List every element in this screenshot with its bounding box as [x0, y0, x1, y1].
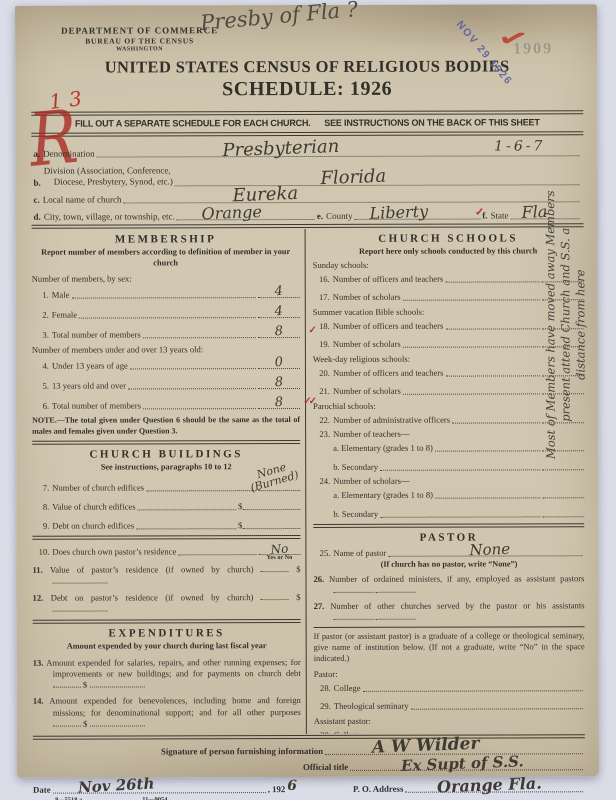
- question-label: Debt on church edifices: [52, 521, 134, 531]
- form-codes: 8—5518 a 11—9054: [55, 795, 585, 800]
- q25-hint: (If church has no pastor, write “None”): [313, 559, 584, 569]
- dotted-line: Orange Fla.: [405, 784, 583, 792]
- banner-text: SEE INSTRUCTIONS ON THE BACK OF THIS SHE…: [324, 117, 539, 128]
- field-local-name: c. Local name of church Eureka: [33, 193, 581, 204]
- question-number: 5.: [32, 381, 49, 391]
- q29-row: 29. Theological seminary: [314, 701, 585, 712]
- q8-value-row: 8. Value of church edifices $: [32, 501, 300, 512]
- identity-section: a. Denomination Presbyterian 1-6-7 b. Di…: [31, 136, 583, 223]
- dotted-line: [380, 462, 540, 470]
- membership-note: NOTE.—The total given under Question 6 s…: [32, 415, 300, 436]
- dotted-line: [446, 368, 540, 376]
- q3-total-row: 3. Total number of members 8 ✓: [32, 329, 300, 340]
- q9-debt-row: 9. Debt on church edifices $: [32, 520, 300, 531]
- photo-background: Presby of Fla ? 1909 NOV 29 1926 ✓ 13 R …: [0, 0, 616, 800]
- date-value: Nov 26th: [78, 774, 155, 796]
- date-label: Date: [33, 785, 51, 795]
- divider: [314, 627, 585, 629]
- question-label: Number of other churches served by the p…: [330, 600, 584, 611]
- year-prefix: , 192: [268, 784, 286, 794]
- question-label: Total number of members: [52, 401, 141, 411]
- question-number: 29.: [314, 701, 331, 711]
- answer-blank: [542, 321, 584, 329]
- question-label: Female: [52, 310, 77, 320]
- question-number: 17.: [313, 292, 330, 302]
- q3-value: 8: [274, 324, 283, 340]
- dotted-line: [403, 292, 540, 300]
- dotted-line: [143, 330, 256, 338]
- question-number: 4.: [32, 361, 49, 371]
- question-number: 27.: [314, 601, 325, 611]
- dotted-line: A W Wilder: [325, 746, 583, 755]
- divider: [32, 440, 300, 445]
- q25-row: 25. Name of pastor None: [313, 547, 584, 558]
- dotted-line: [79, 310, 256, 318]
- field-label: Division (Association, Conference, Dioce…: [44, 165, 173, 187]
- answer-blank: [542, 509, 584, 517]
- dotted-line: [403, 386, 540, 394]
- question-label: Value of church edifices: [52, 502, 135, 512]
- question-number: 22.: [313, 415, 330, 425]
- answer-blank: [89, 680, 144, 688]
- divider: [33, 734, 585, 740]
- instruction-banner: FILL OUT A SEPARATE SCHEDULE FOR EACH CH…: [37, 115, 578, 131]
- answer-blank: 4: [258, 310, 300, 318]
- expenditures-heading: EXPENDITURES: [33, 627, 301, 640]
- question-label: Number of scholars: [333, 338, 401, 348]
- field-prefix: e.: [317, 211, 323, 221]
- membership-heading: MEMBERSHIP: [32, 233, 300, 246]
- q24a-row: a. Elementary (grades 1 to 8): [313, 489, 584, 500]
- question-label: Debt on pastor’s residence (if owned by …: [51, 592, 254, 603]
- form-code: 11—9054: [142, 796, 167, 800]
- divider: [33, 619, 301, 624]
- dotted-line: Nov 26th: [53, 785, 266, 794]
- question-label: Amount expended for salaries, repairs, a…: [46, 657, 300, 679]
- q28-row: 28. College: [314, 683, 585, 694]
- question-number: 25.: [313, 548, 330, 558]
- question-label: Male: [52, 290, 70, 300]
- question-label: Number of church edifices: [52, 483, 144, 493]
- dotted-line: Presbyterian 1-6-7: [97, 148, 580, 157]
- answer-blank: [242, 502, 300, 510]
- answer-blank: [542, 386, 584, 394]
- question-number: 3.: [32, 330, 49, 340]
- official-title-value: Ex Supt of S.S.: [401, 752, 524, 775]
- dotted-line: [128, 381, 256, 389]
- question-label: Under 13 years of age: [52, 361, 128, 371]
- dotted-line: [411, 702, 583, 710]
- field-label: County: [326, 210, 353, 220]
- group-heading: Number of members under and over 13 year…: [32, 344, 300, 355]
- question-number: 21.: [313, 386, 330, 396]
- answer-blank: [542, 368, 584, 376]
- q27-row: 27. Number of other churches served by t…: [314, 600, 585, 623]
- field-label-line: Diocese, Presbytery, Synod, etc.): [44, 176, 173, 186]
- year-digit: 6: [287, 778, 297, 794]
- question-label: b. Secondary: [333, 508, 378, 518]
- question-label: Name of pastor: [333, 548, 386, 558]
- q18-row: 18. Number of officers and teachers: [313, 320, 584, 331]
- graduate-instructions: If pastor (or assistant pastor) is a gra…: [314, 632, 585, 665]
- question-label: Theological seminary: [334, 701, 409, 711]
- dollar-sign: $: [296, 564, 300, 574]
- date-address-row: Date Nov 26th , 192 6 P. O. Address Oran…: [33, 777, 585, 794]
- q25-value: None: [470, 540, 511, 560]
- q10-residence-row: 10. Does church own pastor’s residence N…: [32, 546, 300, 557]
- po-address-value: Orange Fla.: [437, 774, 542, 797]
- field-division: b. Division (Association, Conference, Di…: [33, 164, 581, 187]
- pencil-annotation: Presby of Fla ?: [199, 0, 359, 35]
- q5-value: 8: [274, 375, 283, 391]
- question-label: a. Elementary (grades 1 to 8): [333, 489, 433, 499]
- agency-letterhead: DEPARTMENT OF COMMERCE BUREAU OF THE CEN…: [61, 25, 218, 54]
- pastor-heading: PASTOR: [313, 531, 584, 544]
- answer-blank: [542, 415, 584, 423]
- left-column: MEMBERSHIP Report number of members acco…: [32, 229, 307, 735]
- field-denomination: a. Denomination Presbyterian 1-6-7: [33, 147, 581, 158]
- answer-blank: [542, 292, 584, 300]
- field-label: Denomination: [43, 149, 95, 159]
- signature-label: Signature of person furnishing informati…: [161, 746, 323, 756]
- red-checkmark: ✓: [475, 205, 484, 218]
- question-label: Total number of members: [52, 330, 141, 340]
- po-address-field: P. O. Address Orange Fla.: [353, 783, 585, 794]
- q6-total-row: 6. Total number of members 8 ✓✓: [32, 400, 300, 411]
- question-number: 6.: [32, 401, 49, 411]
- dotted-line: Liberty ✓: [355, 211, 481, 219]
- q7-edifices-row: 7. Number of church edifices None (Burne…: [32, 482, 300, 493]
- dotted-line: Ex Supt of S.S.: [350, 762, 583, 771]
- field-label-line: Division (Association, Conference,: [44, 165, 171, 175]
- question-number: 9.: [32, 521, 49, 531]
- field-label: State: [490, 210, 508, 220]
- question-label: Number of teachers—: [333, 428, 409, 438]
- dotted-line: [380, 509, 540, 517]
- group-heading: Assistant pastor:: [314, 716, 585, 727]
- question-label: Number of ordained ministers, if any, em…: [329, 573, 585, 584]
- answer-blank: [376, 585, 416, 593]
- banner-text: FILL OUT A SEPARATE SCHEDULE FOR EACH CH…: [75, 118, 311, 129]
- q2-value: 4: [274, 304, 283, 320]
- form-code: 8—5518 a: [55, 797, 82, 800]
- answer-blank: 8 ✓: [258, 330, 300, 338]
- q4-under13-row: 4. Under 13 years of age 0: [32, 360, 300, 371]
- dotted-line: [445, 321, 539, 329]
- answer-blank: 8 ✓✓: [258, 401, 300, 409]
- question-number: 13.: [33, 658, 44, 668]
- dotted-line: Orange: [177, 212, 315, 220]
- city-value: Orange: [201, 202, 262, 223]
- question-label: b. Secondary: [333, 461, 378, 471]
- q1-value: 4: [274, 284, 283, 300]
- dotted-line: [146, 483, 256, 491]
- question-label: Number of scholars—: [333, 475, 409, 485]
- answer-blank: [542, 462, 584, 470]
- buildings-heading: CHURCH BUILDINGS: [32, 448, 300, 461]
- dotted-line: [435, 443, 540, 451]
- field-prefix: c.: [33, 194, 39, 204]
- dotted-line: [136, 521, 236, 529]
- po-address-label: P. O. Address: [353, 784, 403, 794]
- question-label: Number of scholars: [333, 291, 401, 301]
- question-label: 13 years old and over: [52, 381, 126, 391]
- q4-value: 0: [274, 355, 283, 371]
- question-label: College: [334, 683, 361, 693]
- official-title-row: Official title Ex Supt of S.S.: [303, 761, 585, 772]
- q12-row: 12. Debt on pastor’s residence (if owned…: [33, 592, 301, 615]
- agency-line: BUREAU OF THE CENSUS: [61, 36, 218, 46]
- group-heading: Pastor:: [314, 669, 585, 680]
- q17-row: 17. Number of scholars: [313, 291, 584, 302]
- dotted-line: [334, 612, 374, 620]
- answer-blank: [53, 603, 108, 611]
- q19-row: 19. Number of scholars: [313, 338, 584, 349]
- question-label: Number of scholars: [333, 385, 401, 395]
- question-number: 10.: [32, 547, 49, 557]
- official-title-label: Official title: [303, 762, 348, 772]
- answer-blank: [542, 443, 584, 451]
- q1-male-row: 1. Male 4: [32, 289, 300, 300]
- division-value: Florida: [320, 165, 386, 188]
- question-number: 28.: [314, 683, 331, 693]
- answer-blank: [52, 576, 107, 584]
- question-number: 8.: [32, 502, 49, 512]
- answer-blank: [89, 718, 144, 726]
- answer-blank: No Yes or No: [258, 547, 300, 555]
- answer-blank: [376, 612, 416, 620]
- answer-blank: 0: [258, 361, 300, 369]
- question-label: Amount expended for benevolences, includ…: [49, 695, 301, 717]
- date-field: Date Nov 26th , 192 6: [33, 778, 297, 795]
- question-number: 24.: [313, 476, 330, 486]
- q24b-row: b. Secondary: [313, 508, 584, 519]
- dotted-line: [178, 547, 256, 555]
- dotted-line: [53, 680, 81, 688]
- answer-blank: 8: [258, 381, 300, 389]
- dollar-sign: $: [296, 592, 300, 602]
- divider: [313, 523, 584, 528]
- question-label: Number of officers and teachers: [333, 320, 444, 330]
- denomination-value: Presbyterian: [222, 136, 340, 161]
- question-number: 14.: [33, 696, 44, 706]
- question-number: 11.: [32, 565, 42, 575]
- q16-row: 16. Number of officers and teachers: [313, 273, 584, 284]
- census-form-page: Presby of Fla ? 1909 NOV 29 1926 ✓ 13 R …: [15, 4, 599, 778]
- question-number: 23.: [313, 429, 330, 439]
- q11-row: 11. Value of pastor’s residence (if owne…: [32, 564, 300, 587]
- q13-row: 13. Amount expended for salaries, repair…: [33, 657, 301, 691]
- dotted-line: [130, 361, 256, 369]
- question-number: 19.: [313, 339, 330, 349]
- red-checkmark-stamp: ✓: [494, 21, 531, 56]
- classification-code: 1-6-7: [494, 138, 545, 154]
- q2-female-row: 2. Female 4: [32, 309, 300, 320]
- question-label: a. Elementary (grades 1 to 8): [333, 442, 433, 452]
- q26-row: 26. Number of ordained ministers, if any…: [313, 573, 584, 596]
- q14-row: 14. Amount expended for benevolences, in…: [33, 695, 301, 729]
- question-label: Number of administrative officers: [333, 414, 450, 424]
- dotted-line: None: [388, 548, 582, 557]
- answer-blank: [542, 339, 584, 347]
- question-number: 18.: [313, 321, 330, 331]
- expenditures-subheading: Amount expended by your church during la…: [33, 641, 301, 652]
- q20-row: 20. Number of officers and teachers: [313, 367, 584, 378]
- answer-blank: [542, 490, 584, 498]
- field-prefix: b.: [33, 177, 40, 187]
- dotted-line: Eureka: [123, 194, 579, 203]
- dollar-sign: $: [83, 718, 87, 728]
- question-label: Does church own pastor’s residence: [52, 547, 176, 557]
- divider: [32, 535, 300, 540]
- question-label: Number of officers and teachers: [333, 367, 444, 377]
- dotted-line: [452, 415, 540, 423]
- q5-over13-row: 5. 13 years old and over 8: [32, 380, 300, 391]
- q23b-row: b. Secondary: [313, 461, 584, 472]
- field-prefix: a.: [33, 149, 40, 159]
- dotted-line: [363, 684, 583, 693]
- q22-row: 22. Number of administrative officers: [313, 414, 584, 425]
- dotted-line: [334, 585, 374, 593]
- field-city-county-state: d. City, town, village, or township, etc…: [34, 210, 582, 221]
- answer-blank: 4: [258, 290, 300, 298]
- q21-row: 21. Number of scholars: [313, 385, 584, 396]
- question-number: 2.: [32, 310, 49, 320]
- red-double-checkmark: ✓✓: [303, 396, 314, 407]
- q23-row: 23. Number of teachers—: [313, 428, 584, 439]
- form-body: MEMBERSHIP Report number of members acco…: [32, 228, 585, 734]
- answer-blank: [242, 521, 300, 529]
- dotted-line: [445, 274, 539, 282]
- dotted-line: [435, 490, 540, 498]
- agency-line: WASHINGTON: [61, 46, 218, 54]
- dotted-line: [261, 564, 289, 572]
- field-label: Local name of church: [43, 194, 122, 204]
- question-number: 1.: [32, 290, 49, 300]
- q24-row: 24. Number of scholars—: [313, 475, 584, 486]
- dotted-line: [71, 290, 255, 298]
- question-label: Number of officers and teachers: [333, 273, 444, 283]
- q6-value: 8: [274, 395, 283, 411]
- dotted-line: [143, 401, 256, 409]
- q23a-row: a. Elementary (grades 1 to 8): [313, 442, 584, 453]
- field-prefix: d.: [34, 211, 41, 221]
- group-heading: Number of members, by sex:: [32, 273, 300, 284]
- question-label: Value of pastor’s residence (if owned by…: [50, 564, 254, 575]
- agency-line: DEPARTMENT OF COMMERCE: [61, 25, 218, 37]
- state-value: Fla: [521, 202, 547, 222]
- dotted-line: [261, 592, 289, 600]
- dollar-sign: $: [83, 680, 87, 690]
- county-value: Liberty: [369, 201, 428, 222]
- answer-blank: [542, 274, 584, 282]
- yes-or-no-hint: Yes or No: [267, 554, 293, 561]
- dotted-line: [138, 502, 236, 510]
- question-number: 26.: [313, 574, 324, 584]
- question-number: 16.: [313, 274, 330, 284]
- question-number: 20.: [313, 368, 330, 378]
- question-number: 12.: [33, 592, 44, 602]
- question-number: 7.: [32, 483, 49, 493]
- dotted-line: [53, 718, 81, 726]
- dotted-line: Fla: [510, 211, 579, 219]
- dotted-line: [403, 339, 540, 347]
- membership-subheading: Report number of members according to de…: [32, 247, 300, 269]
- field-label: City, town, village, or township, etc.: [44, 211, 175, 221]
